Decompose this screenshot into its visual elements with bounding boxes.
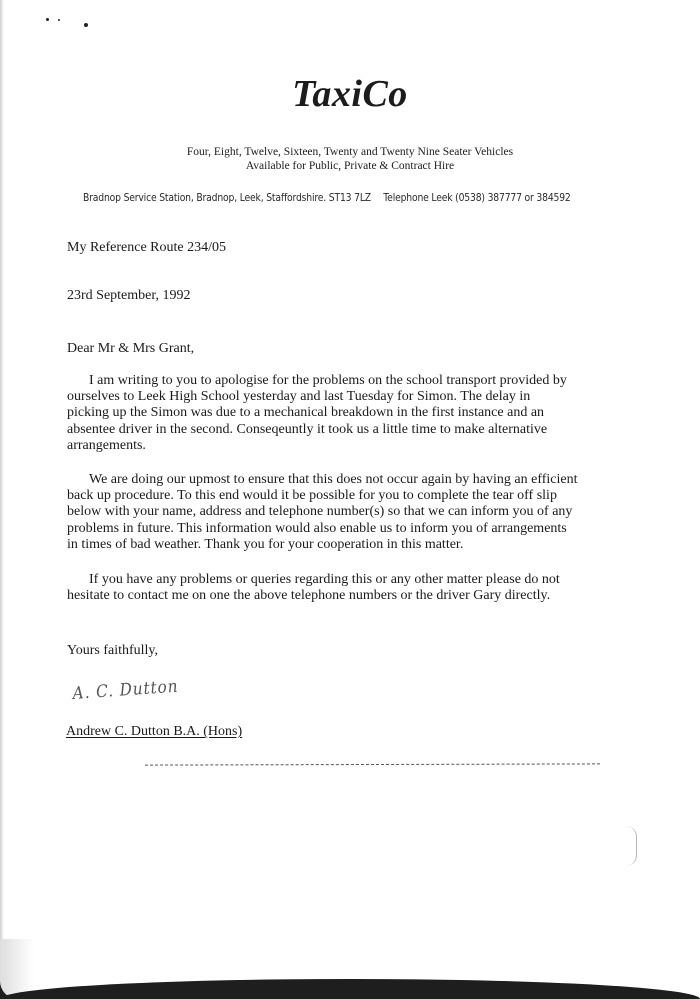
body-paragraph-apology: I am writing to you to apologise for the… xyxy=(67,373,607,454)
scan-speck xyxy=(46,18,49,21)
paragraph-line: absentee driver in the second. Conseqeun… xyxy=(67,422,607,438)
paragraph-line: hesitate to contact me on one the above … xyxy=(67,588,607,604)
paragraph-line: back up procedure. To this end would it … xyxy=(67,488,607,504)
letter-reference: My Reference Route 234/05 xyxy=(67,240,226,257)
tear-off-dashed-line xyxy=(145,763,600,765)
signatory-name: Andrew C. Dutton B.A. (Hons) xyxy=(66,724,242,740)
paragraph-line: arrangements. xyxy=(67,438,607,454)
letter-salutation: Dear Mr & Mrs Grant, xyxy=(67,341,194,358)
paragraph-line: I am writing to you to apologise for the… xyxy=(67,373,607,389)
paragraph-line: in times of bad weather. Thank you for y… xyxy=(67,537,607,553)
company-tagline-hire: Available for Public, Private & Contract… xyxy=(0,160,700,172)
paragraph-line: problems in future. This information wou… xyxy=(67,521,607,537)
scanner-background-edge xyxy=(0,979,700,999)
paragraph-line: If you have any problems or queries rega… xyxy=(67,572,607,588)
letter-date: 23rd September, 1992 xyxy=(67,288,190,305)
paragraph-line: We are doing our upmost to ensure that t… xyxy=(67,472,607,488)
company-tagline-vehicles: Four, Eight, Twelve, Sixteen, Twenty and… xyxy=(0,146,700,158)
handwritten-signature: A. C. Dutton xyxy=(72,677,179,704)
paragraph-line: below with your name, address and teleph… xyxy=(67,504,607,520)
paragraph-line: picking up the Simon was due to a mechan… xyxy=(67,405,607,421)
scan-speck xyxy=(58,19,60,21)
body-paragraph-contact: If you have any problems or queries rega… xyxy=(67,572,607,604)
letterhead-contact-line: Bradnop Service Station, Bradnop, Leek, … xyxy=(83,192,571,204)
scanned-letter-page: TaxiCo Four, Eight, Twelve, Sixteen, Twe… xyxy=(0,0,700,999)
scan-speck xyxy=(84,23,88,27)
letter-closing: Yours faithfully, xyxy=(67,643,158,660)
company-telephone: Telephone Leek (0538) 387777 or 384592 xyxy=(383,192,570,204)
paragraph-line: ourselves to Leek High School yesterday … xyxy=(67,389,607,405)
company-logo-text: TaxiCo xyxy=(0,72,700,116)
body-paragraph-backup-procedure: We are doing our upmost to ensure that t… xyxy=(67,472,607,553)
company-address: Bradnop Service Station, Bradnop, Leek, … xyxy=(83,192,371,204)
scan-artifact-mark xyxy=(626,826,637,866)
